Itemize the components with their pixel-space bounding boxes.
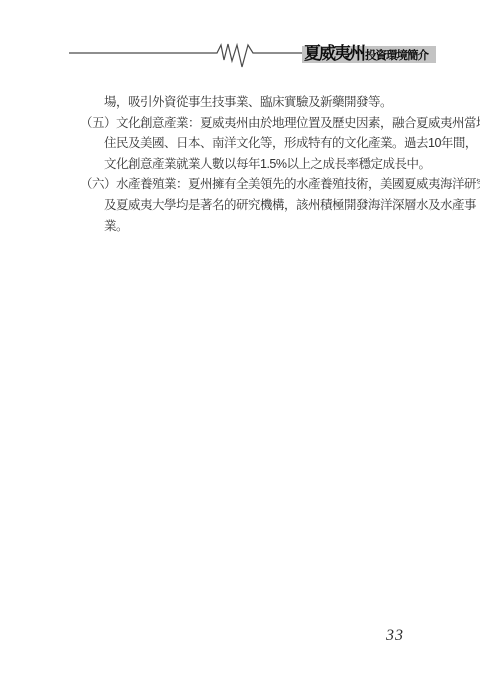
chapter-title-sub: 投資環境簡介	[365, 51, 428, 63]
chapter-title-bar: 夏威夷州 投資環境簡介	[302, 46, 436, 63]
body-line: 文化創意產業就業人數以每年1.5%以上之成長率穩定成長中。	[80, 154, 420, 175]
chapter-title-main: 夏威夷州	[304, 45, 364, 62]
list-item-marker: （六）	[80, 177, 116, 191]
body-line: 業。	[80, 216, 420, 237]
body-line: 住民及美國、日本、南洋文化等，形成特有的文化產業。過去10年間，	[80, 133, 420, 154]
list-item-text: 文化創意產業：夏威夷州由於地理位置及歷史因素，融合夏威夷州當地原	[116, 116, 480, 130]
chapter-title: 夏威夷州 投資環境簡介	[304, 45, 428, 63]
list-item-marker: （五）	[80, 116, 116, 130]
list-item-5: （五）文化創意產業：夏威夷州由於地理位置及歷史因素，融合夏威夷州當地原	[80, 113, 420, 134]
page-number: 33	[386, 627, 404, 645]
body-line: 場，吸引外資從事生技事業、臨床實驗及新藥開發等。	[80, 92, 420, 113]
body-line: 及夏威夷大學均是著名的研究機構，該州積極開發海洋深層水及水產事	[80, 195, 420, 216]
list-item-6: （六）水產養殖業：夏州擁有全美領先的水產養殖技術，美國夏威夷海洋研究所	[80, 174, 420, 195]
body-text: 場，吸引外資從事生技事業、臨床實驗及新藥開發等。 （五）文化創意產業：夏威夷州由…	[80, 92, 420, 236]
heartbeat-waveform-icon	[69, 38, 303, 72]
document-page: 夏威夷州 投資環境簡介 場，吸引外資從事生技事業、臨床實驗及新藥開發等。 （五）…	[0, 0, 480, 679]
list-item-text: 水產養殖業：夏州擁有全美領先的水產養殖技術，美國夏威夷海洋研究所	[116, 177, 480, 191]
